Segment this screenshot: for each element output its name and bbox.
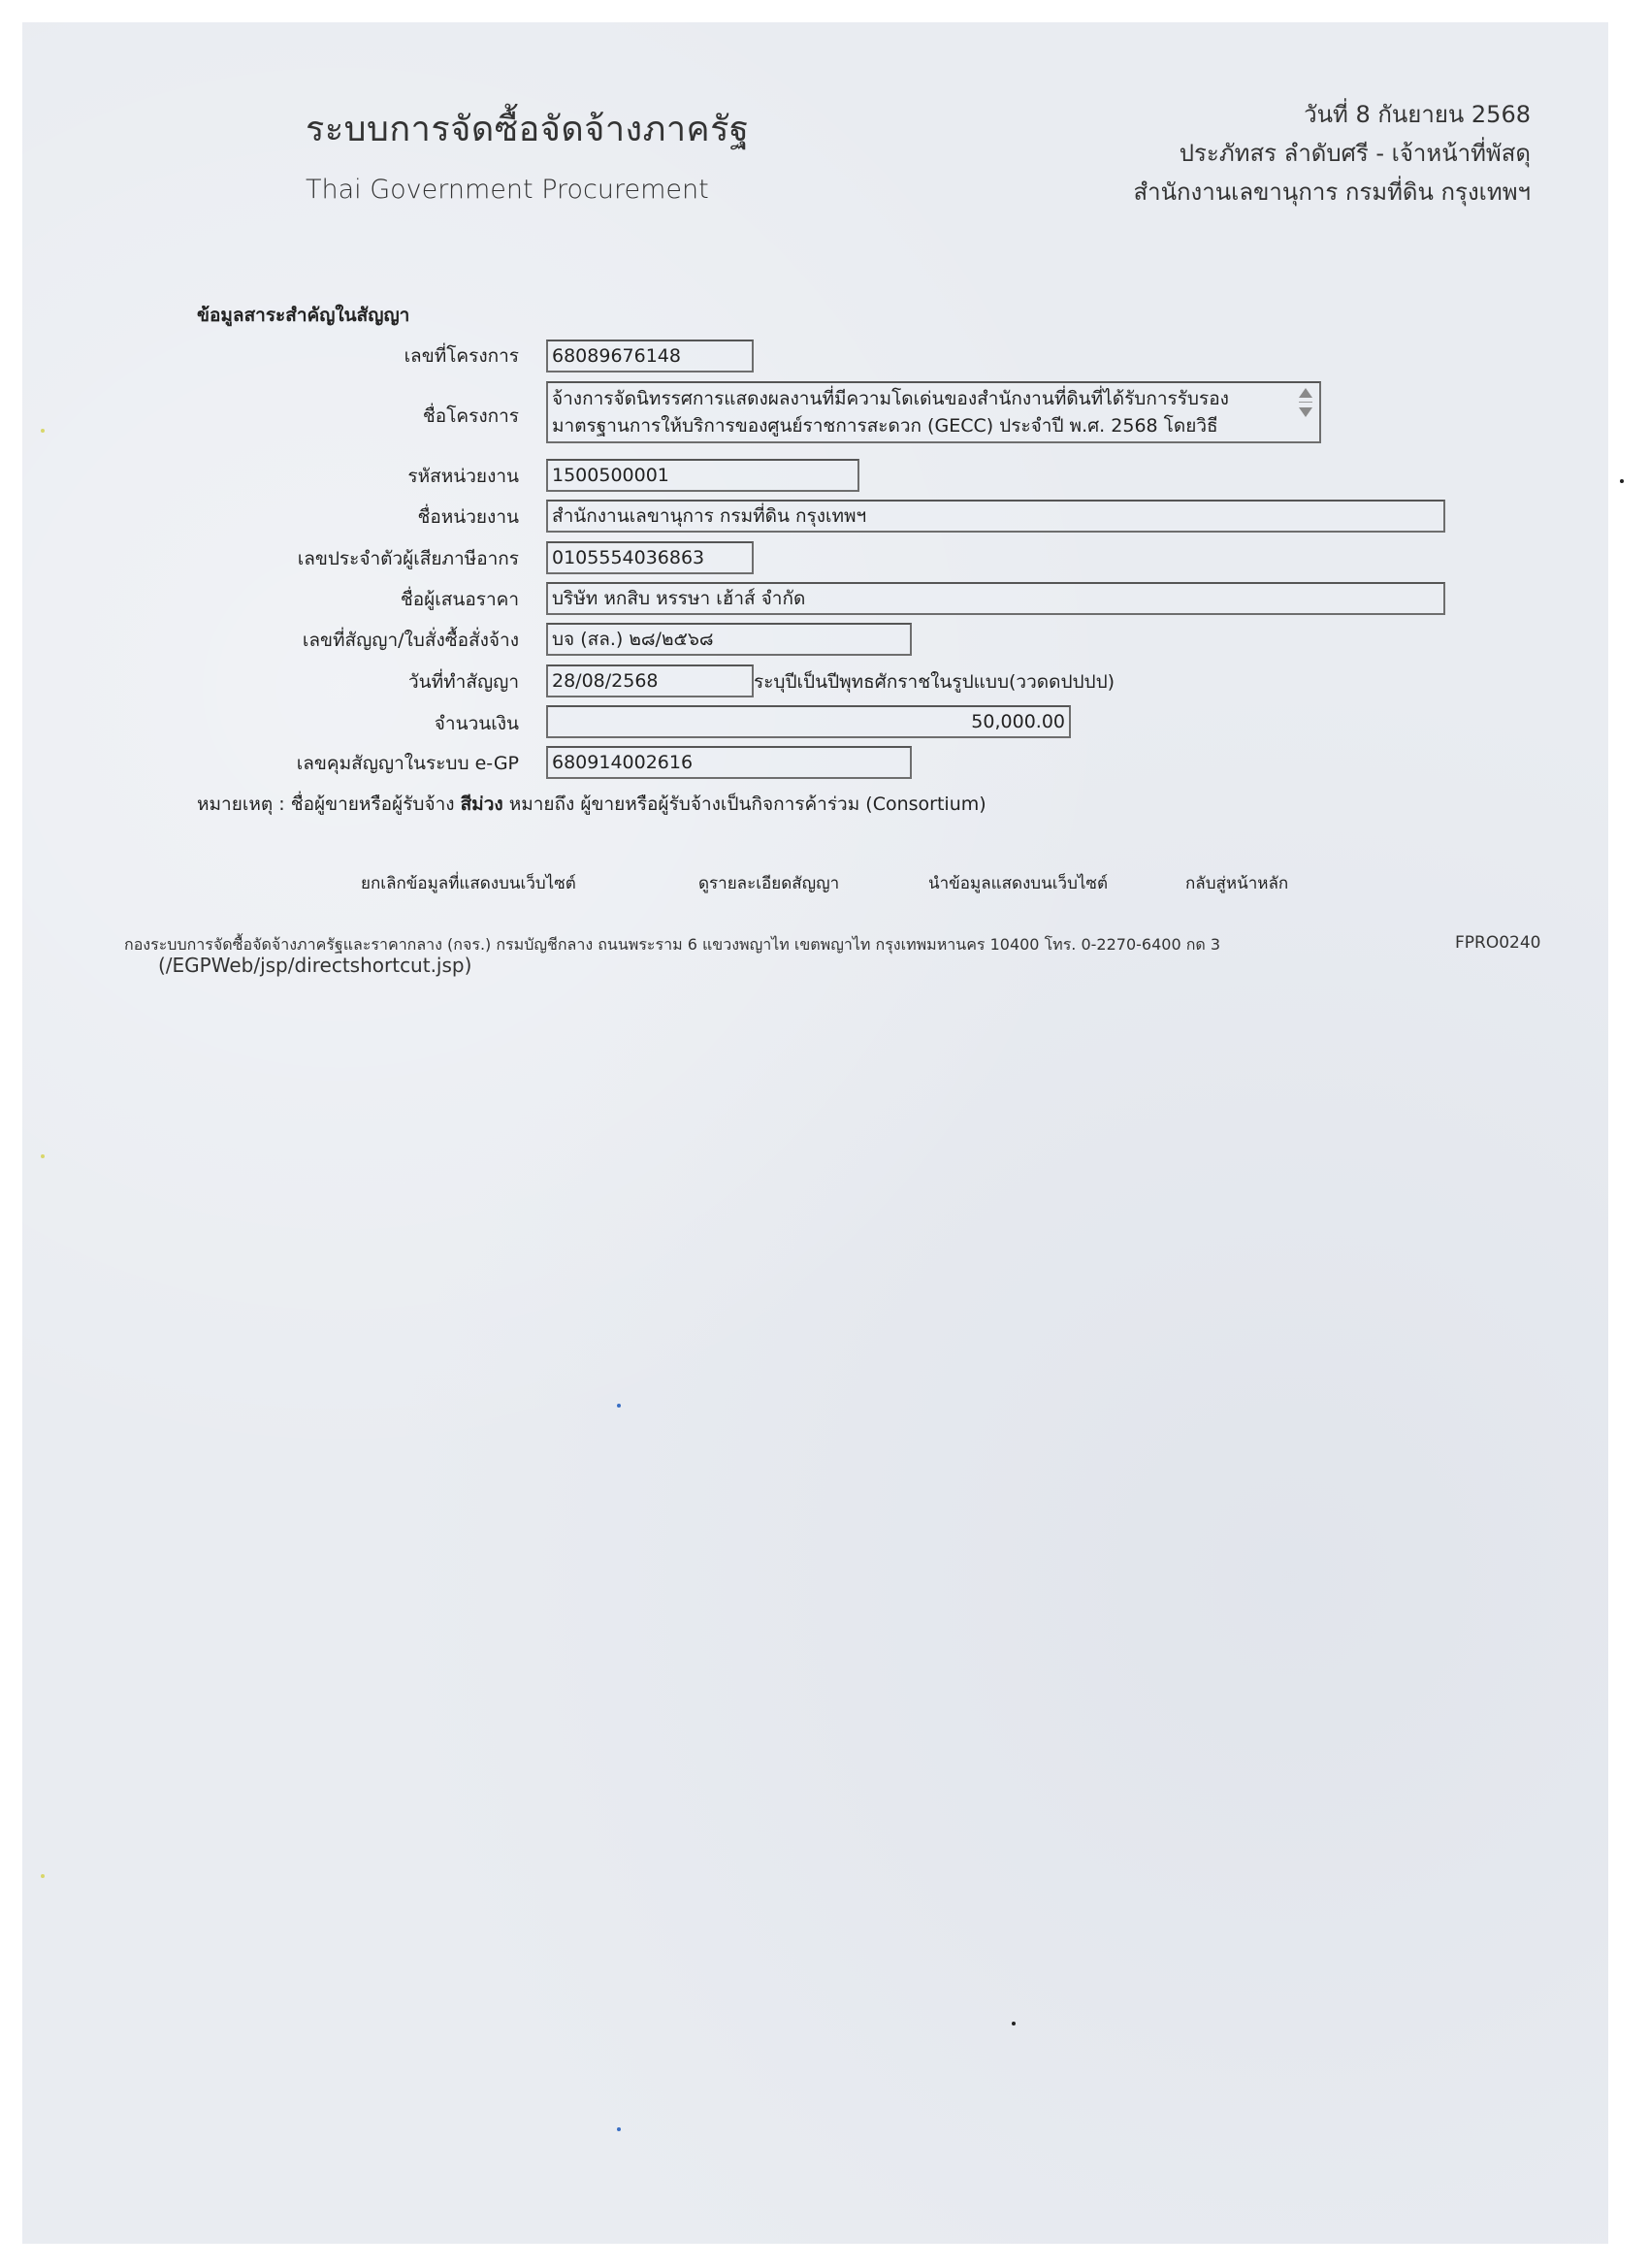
unit-code-field[interactable]: 1500500001 <box>546 459 859 492</box>
system-title-english: Thai Government Procurement <box>306 175 709 205</box>
scan-speck <box>1620 479 1624 483</box>
scroll-up-icon[interactable] <box>1299 388 1312 398</box>
scan-speck <box>617 2127 621 2131</box>
note-prefix: หมายเหตุ : ชื่อผู้ขายหรือผู้รับจ้าง <box>197 794 461 815</box>
amount-field[interactable]: 50,000.00 <box>546 705 1071 738</box>
cancel-display-link[interactable]: ยกเลิกข้อมูลที่แสดงบนเว็บไซต์ <box>361 870 576 896</box>
date-format-hint: ระบุปีเป็นปีพุทธศักราชในรูปแบบ(ววดดปปปป) <box>754 667 1115 697</box>
view-contract-details-link[interactable]: ดูรายละเอียดสัญญา <box>698 870 839 896</box>
note-highlight: สีม่วง <box>461 794 503 815</box>
unit-name-field[interactable]: สำนักงานเลขานุการ กรมที่ดิน กรุงเทพฯ <box>546 500 1445 533</box>
scan-speck <box>1012 2022 1016 2025</box>
back-to-home-link[interactable]: กลับสู่หน้าหลัก <box>1185 870 1288 896</box>
tax-id-field[interactable]: 0105554036863 <box>546 541 754 574</box>
user-info: ประภัทสร ลำดับศรี - เจ้าหน้าที่พัสดุ <box>1180 134 1531 172</box>
textarea-scrollbar[interactable] <box>1296 386 1315 438</box>
scan-speck <box>617 1404 621 1408</box>
page-code: FPRO0240 <box>1455 933 1541 953</box>
label-project-name: ชื่อโครงการ <box>423 402 519 431</box>
note-suffix: หมายถึง ผู้ขายหรือผู้รับจ้างเป็นกิจการค้… <box>503 794 986 815</box>
system-title-thai: ระบบการจัดซื้อจัดจ้างภาครัฐ <box>306 101 749 156</box>
bidder-name-field[interactable]: บริษัท หกสิบ หรรษา เฮ้าส์ จำกัด <box>546 582 1445 615</box>
project-no-field[interactable]: 68089676148 <box>546 340 754 373</box>
footer-page-path: (/EGPWeb/jsp/directshortcut.jsp) <box>158 954 471 977</box>
scan-speck <box>41 1154 45 1158</box>
scan-speck <box>41 429 45 433</box>
label-unit-name: ชื่อหน่วยงาน <box>417 502 519 532</box>
label-bidder-name: ชื่อผู้เสนอราคา <box>401 585 519 614</box>
label-project-no: เลขที่โครงการ <box>404 341 519 371</box>
label-unit-code: รหัสหน่วยงาน <box>407 462 519 491</box>
label-contract-no: เลขที่สัญญา/ใบสั่งซื้อสั่งจ้าง <box>303 626 519 655</box>
egp-control-no-field[interactable]: 680914002616 <box>546 746 912 779</box>
consortium-note: หมายเหตุ : ชื่อผู้ขายหรือผู้รับจ้าง สีม่… <box>197 790 986 819</box>
label-amount: จำนวนเงิน <box>435 709 519 738</box>
organization-info: สำนักงานเลขานุการ กรมที่ดิน กรุงเทพฯ <box>1133 173 1531 211</box>
scan-speck <box>41 1874 45 1878</box>
scroll-down-icon[interactable] <box>1299 407 1312 417</box>
scroll-divider <box>1299 402 1312 403</box>
project-name-text: จ้างการจัดนิทรรศการแสดงผลงานที่มีความโดเ… <box>552 388 1229 437</box>
label-egp-control-no: เลขคุมสัญญาในระบบ e-GP <box>297 749 519 778</box>
print-date: วันที่ 8 กันยายน 2568 <box>1304 95 1531 133</box>
section-title: ข้อมูลสาระสำคัญในสัญญา <box>197 301 409 330</box>
contract-date-field[interactable]: 28/08/2568 <box>546 664 754 697</box>
publish-to-website-link[interactable]: นำข้อมูลแสดงบนเว็บไซต์ <box>928 870 1108 896</box>
contract-no-field[interactable]: บจ (สล.) ๒๘/๒๕๖๘ <box>546 623 912 656</box>
label-contract-date: วันที่ทำสัญญา <box>408 667 519 697</box>
label-tax-id: เลขประจำตัวผู้เสียภาษีอากร <box>298 544 519 573</box>
scanned-page <box>22 22 1608 2244</box>
project-name-textarea[interactable]: จ้างการจัดนิทรรศการแสดงผลงานที่มีความโดเ… <box>546 381 1321 443</box>
